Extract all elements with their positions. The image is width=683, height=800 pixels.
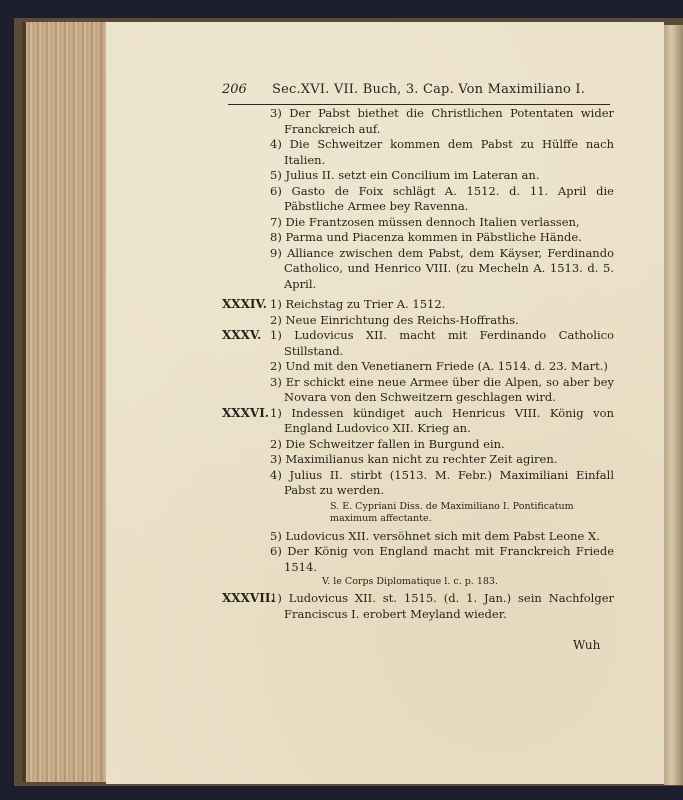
section-xxxvi: XXXVI. 1) Indessen kündiget auch Henricu… [222,406,614,590]
page-edges-right [664,25,683,785]
footnote-reference: S. E. Cypriani Diss. de Maximiliano I. P… [222,501,614,525]
section-numeral: XXXV. [222,328,261,344]
list-item: 7) Die Frantzosen müssen dennoch Italien… [222,215,614,231]
section-numeral: XXXVII. [222,591,275,607]
running-head-title: Sec.XVI. VII. Buch, 3. Cap. Von Maximili… [272,82,585,97]
list-item: 8) Parma und Piacenza kommen in Päbstlic… [222,230,614,246]
page-number: 206 [222,82,272,97]
list-item: 4) Die Schweitzer kommen dem Pabst zu Hü… [222,137,614,168]
section-xxxvii: XXXVII. 1) Ludovicus XII. st. 1515. (d. … [222,591,614,622]
list-item: 5) Ludovicus XII. versöhnet sich mit dem… [222,529,614,545]
list-item: 4) Julius II. stirbt (1513. M. Febr.) Ma… [222,468,614,499]
footnote-reference: V. le Corps Diplomatique l. c. p. 183. [222,575,614,589]
running-header: 206 Sec.XVI. VII. Buch, 3. Cap. Von Maxi… [222,82,612,97]
list-item: 9) Alliance zwischen dem Pabst, dem Käys… [222,246,614,293]
section-continued: 3) Der Pabst biethet die Christlichen Po… [222,106,614,292]
list-item: 3) Er schickt eine neue Armee über die A… [222,375,614,406]
list-item: 3) Der Pabst biethet die Christlichen Po… [222,106,614,137]
page-body: 3) Der Pabst biethet die Christlichen Po… [222,106,614,622]
list-item: 2) Neue Einrichtung des Reichs-Hoffraths… [222,313,614,329]
list-item: 5) Julius II. setzt ein Concilium im Lat… [222,168,614,184]
section-xxxv: XXXV. 1) Ludovicus XII. macht mit Ferdin… [222,328,614,406]
section-xxxiv: XXXIV. 1) Reichstag zu Trier A. 1512. 2)… [222,297,614,328]
list-item: 6) Der König von England macht mit Franc… [222,544,614,575]
list-item: 2) Und mit den Venetianern Friede (A. 15… [222,359,614,375]
section-numeral: XXXVI. [222,406,269,422]
list-item: 1) Ludovicus XII. st. 1515. (d. 1. Jan.)… [222,591,614,622]
page-edges-left [22,22,112,782]
list-item: 1) Reichstag zu Trier A. 1512. [222,297,614,313]
section-numeral: XXXIV. [222,297,267,313]
list-item: 1) Indessen kündiget auch Henricus VIII.… [222,406,614,437]
list-item: 3) Maximilianus kan nicht zu rechter Zei… [222,452,614,468]
list-item: 1) Ludovicus XII. macht mit Ferdinando C… [222,328,614,359]
catchword: Wuh [573,638,600,652]
list-item: 2) Die Schweitzer fallen in Burgund ein. [222,437,614,453]
list-item: 6) Gasto de Foix schlägt A. 1512. d. 11.… [222,184,614,215]
